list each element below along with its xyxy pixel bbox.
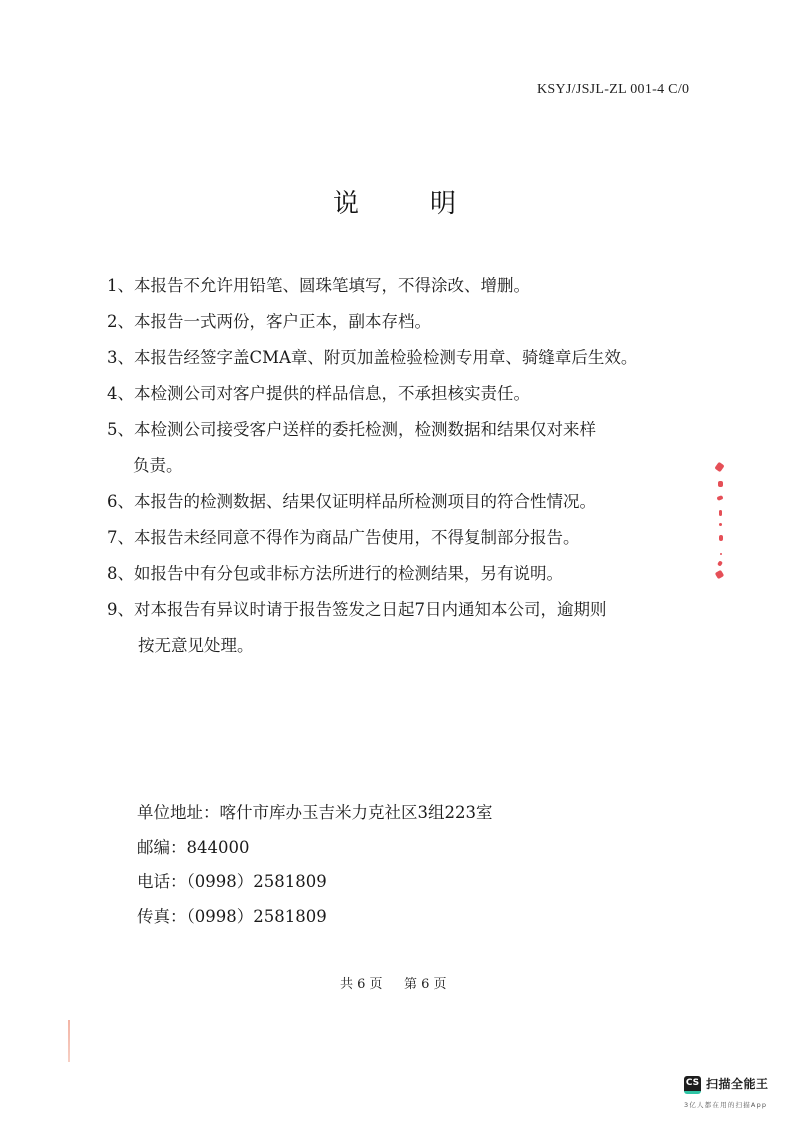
- note-item-4: 4、本检测公司对客户提供的样品信息，不承担核实责任。: [107, 376, 637, 412]
- fax-row: 传真：（0998）2581809: [137, 900, 493, 935]
- total-pages: 共 6 页: [340, 973, 383, 992]
- note-item-6: 6、本报告的检测数据、结果仅证明样品所检测项目的符合性情况。: [107, 484, 637, 520]
- postcode-row: 邮编：844000: [137, 831, 493, 866]
- note-item-7: 7、本报告未经同意不得作为商品广告使用，不得复制部分报告。: [107, 520, 637, 556]
- address-value: 喀什市库办玉吉米力克社区3组223室: [220, 803, 493, 822]
- margin-mark: [68, 1020, 70, 1062]
- title-char-1: 说: [333, 183, 359, 220]
- camscanner-logo-icon: CS: [684, 1076, 701, 1094]
- phone-row: 电话：（0998）2581809: [137, 865, 493, 900]
- postcode-label: 邮编：: [137, 838, 187, 857]
- fax-value: （0998）2581809: [187, 907, 327, 926]
- note-item-5: 5、本检测公司接受客户送样的委托检测，检测数据和结果仅对来样: [107, 412, 637, 448]
- postcode-value: 844000: [187, 838, 250, 857]
- title-char-2: 明: [430, 183, 456, 220]
- current-page: 第 6 页: [404, 973, 447, 992]
- note-item-5-continuation: 负责。: [107, 448, 637, 484]
- note-item-2: 2、本报告一式两份，客户正本，副本存档。: [107, 304, 637, 340]
- seam-stamp-icon: [714, 463, 726, 578]
- contact-block: 单位地址：喀什市库办玉吉米力克社区3组223室 邮编：844000 电话：（09…: [137, 796, 493, 934]
- note-item-8: 8、如报告中有分包或非标方法所进行的检测结果，另有说明。: [107, 556, 637, 592]
- note-item-3: 3、本报告经签字盖CMA章、附页加盖检验检测专用章、骑缝章后生效。: [107, 340, 637, 376]
- document-code: KSYJ/JSJL-ZL 001-4 C/0: [537, 82, 689, 98]
- note-item-1: 1、本报告不允许用铅笔、圆珠笔填写，不得涂改、增删。: [107, 268, 637, 304]
- phone-label: 电话：: [137, 872, 187, 891]
- notes-list: 1、本报告不允许用铅笔、圆珠笔填写，不得涂改、增删。 2、本报告一式两份，客户正…: [107, 268, 637, 664]
- watermark-app-name: 扫描全能王: [706, 1076, 769, 1093]
- phone-value: （0998）2581809: [187, 872, 327, 891]
- address-row: 单位地址：喀什市库办玉吉米力克社区3组223室: [137, 796, 493, 831]
- watermark-tagline: 3亿人都在用的扫描App: [684, 1100, 767, 1109]
- scanner-watermark: CS 扫描全能王 3亿人都在用的扫描App: [684, 1076, 789, 1116]
- fax-label: 传真：: [137, 907, 187, 926]
- address-label: 单位地址：: [137, 803, 220, 822]
- note-item-9-continuation: 按无意见处理。: [107, 628, 637, 664]
- note-item-9: 9、对本报告有异议时请于报告签发之日起7日内通知本公司，逾期则: [107, 592, 637, 628]
